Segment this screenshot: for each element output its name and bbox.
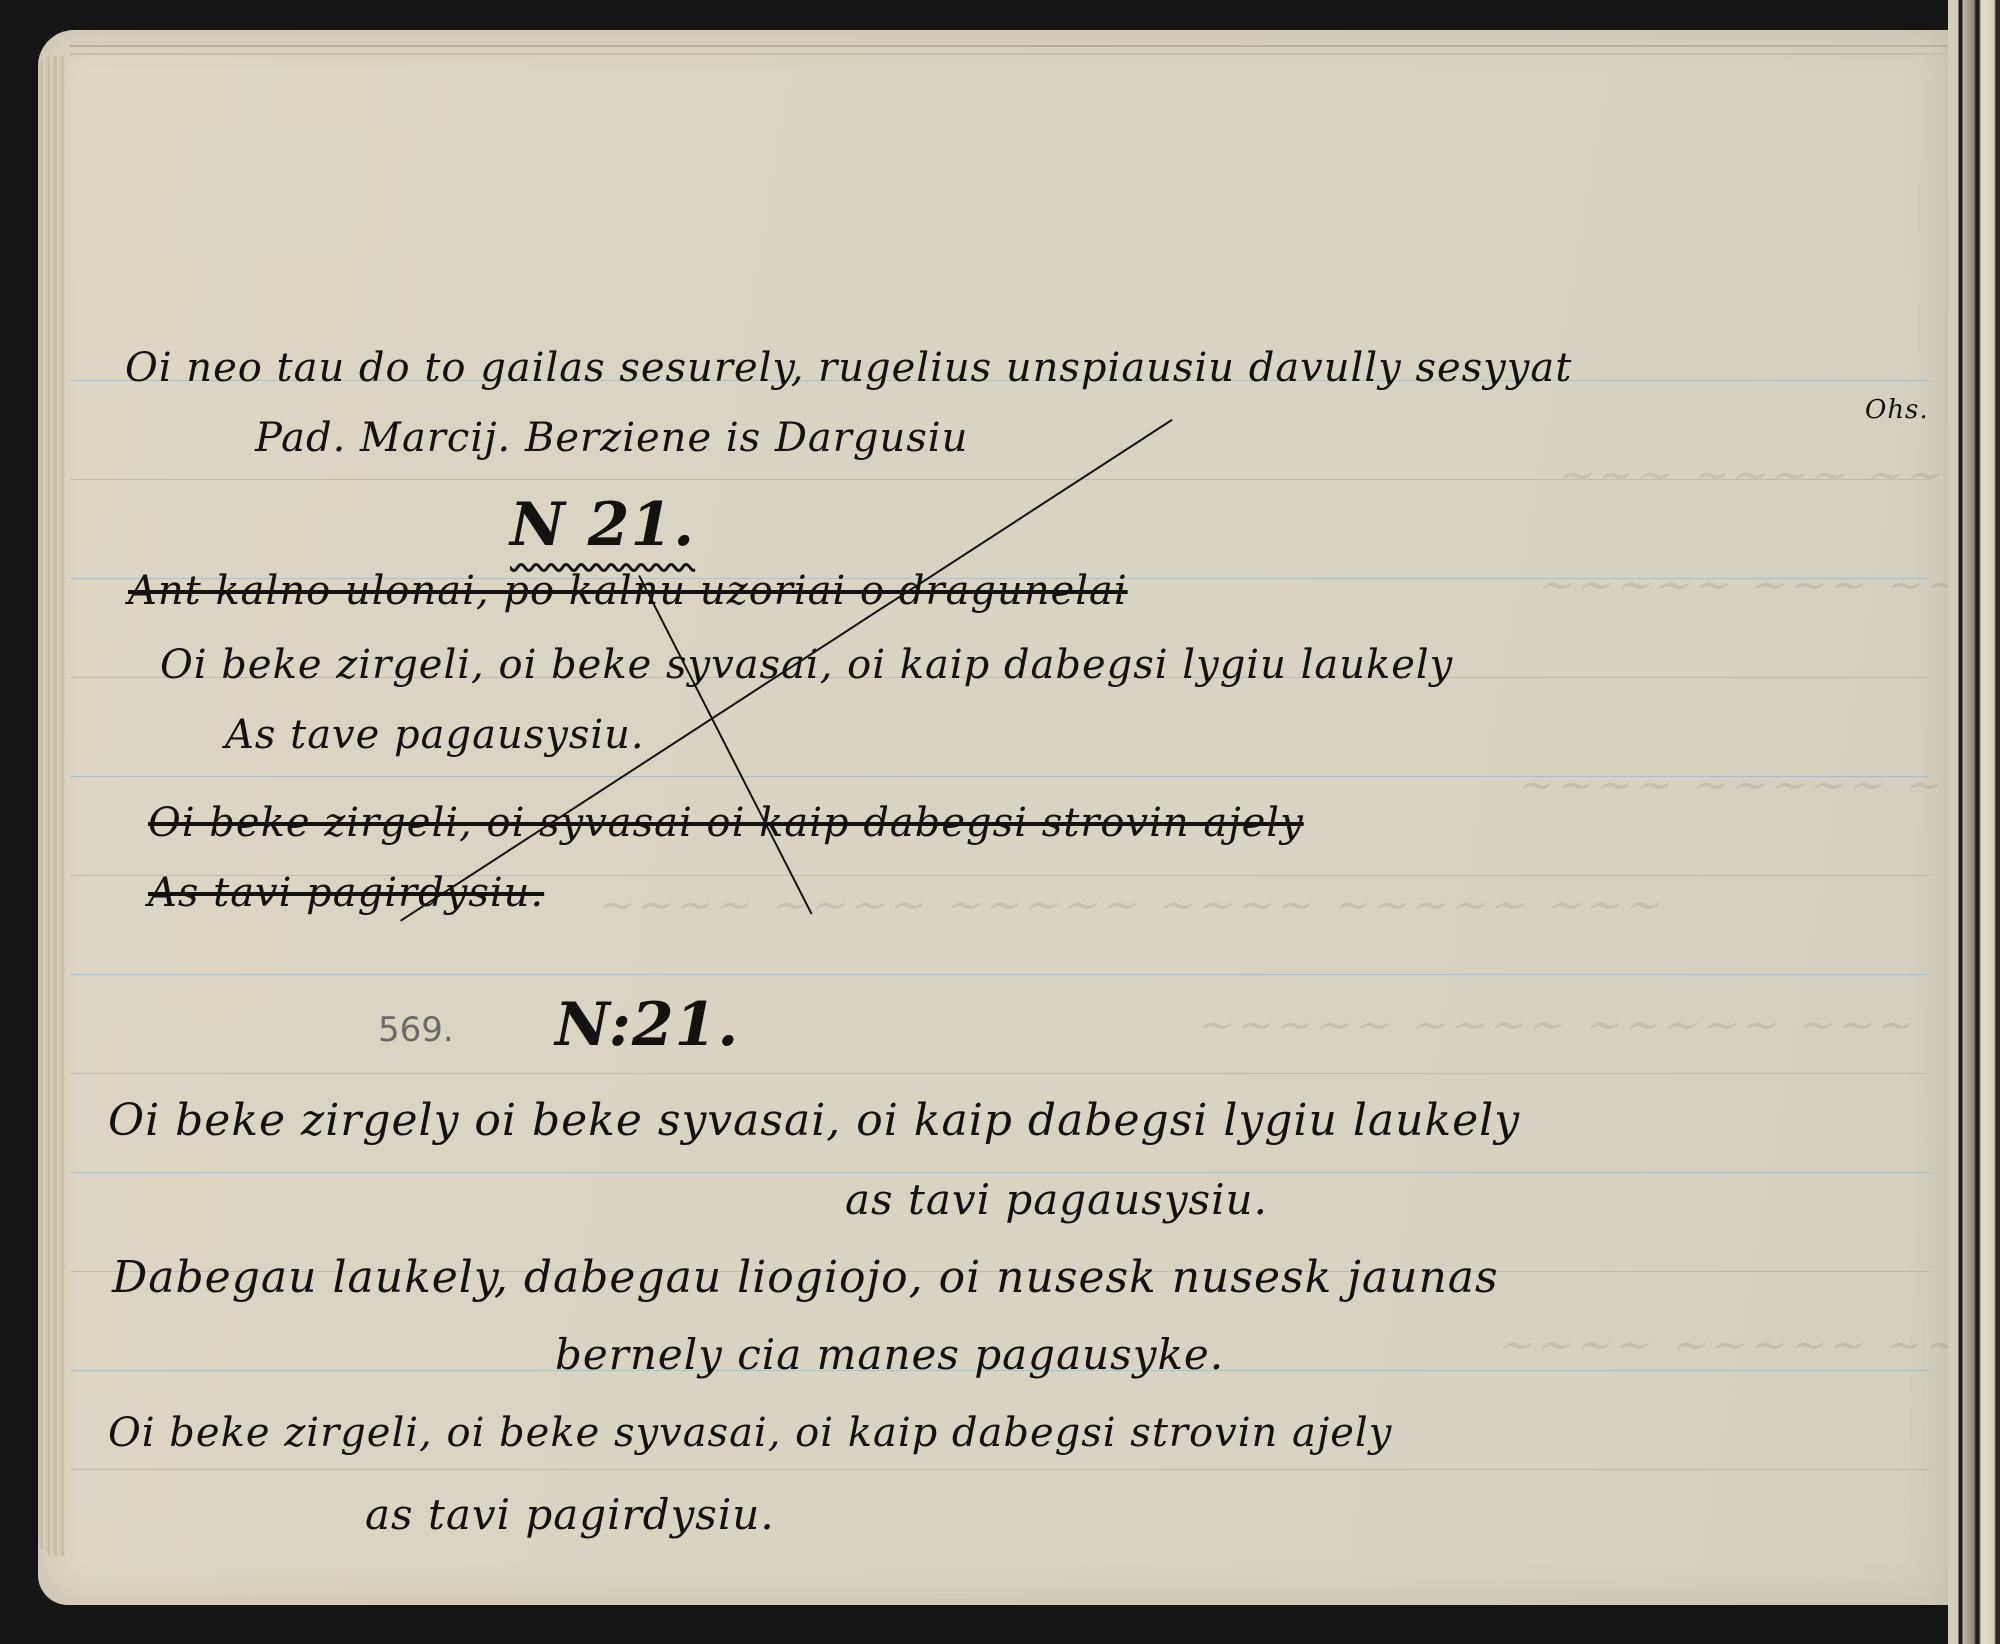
ruled-line bbox=[70, 1469, 1930, 1470]
ruled-lines bbox=[70, 380, 1930, 1560]
draft-line-struck: Oi beke zirgeli, oi syvasai oi kaip dabe… bbox=[148, 800, 1304, 846]
attribution-line: Pad. Marcij. Berziene is Dargusiu bbox=[255, 415, 968, 461]
draft-line: Oi beke zirgeli, oi beke syvasai, oi kai… bbox=[160, 642, 1453, 688]
bleed-through-text: ~~~ ~~~~ ~~~~ bbox=[1551, 450, 2000, 499]
marginal-note: Ohs. bbox=[1865, 395, 1929, 425]
final-line: bernely cia manes pagausyke. bbox=[555, 1330, 1224, 1379]
book-binding-edge bbox=[1948, 0, 2000, 1644]
ruled-line bbox=[70, 1073, 1930, 1074]
final-line: as tavi pagausysiu. bbox=[845, 1175, 1268, 1224]
draft-line-struck: Ant kalno ulonai, po kalnu uzoriai o dra… bbox=[128, 568, 1128, 614]
draft-line: As tave pagausysiu. bbox=[225, 712, 645, 758]
bleed-through-text: ~~~~ ~~~~ ~~~~~ ~~~~ ~~~~~ ~~~ bbox=[591, 880, 1675, 929]
final-line: as tavi pagirdysiu. bbox=[365, 1490, 775, 1539]
bleed-through-text: ~~~~~ ~~~ ~~~ bbox=[1531, 560, 2000, 609]
final-line: Oi beke zirgely oi beke syvasai, oi kaip… bbox=[108, 1095, 1520, 1146]
bleed-through-text: ~~~~ ~~~~~ ~~ bbox=[1511, 760, 1995, 809]
ruled-line bbox=[70, 1172, 1930, 1173]
ruled-line bbox=[70, 974, 1930, 975]
final-line: Oi beke zirgeli, oi beke syvasai, oi kai… bbox=[108, 1410, 1392, 1456]
bleed-through-text: ~~~~ ~~~~~ ~~~ bbox=[1491, 1320, 2000, 1369]
bleed-through-text: ~~~~~ ~~~~ ~~~~~ ~~~ bbox=[1191, 1000, 1927, 1049]
final-line: Dabegau laukely, dabegau liogiojo, oi nu… bbox=[112, 1252, 1499, 1303]
page-top-edge bbox=[70, 45, 1950, 55]
verse-line: Oi neo tau do to gailas sesurely, rugeli… bbox=[125, 345, 1572, 391]
archive-number: 569. bbox=[378, 1010, 454, 1050]
final-song-number: N:21. bbox=[555, 990, 739, 1060]
page-stack-edge bbox=[38, 56, 66, 1556]
draft-song-number: N 21. bbox=[510, 490, 695, 560]
draft-line-struck: As tavi pagirdysiu. bbox=[148, 870, 544, 916]
